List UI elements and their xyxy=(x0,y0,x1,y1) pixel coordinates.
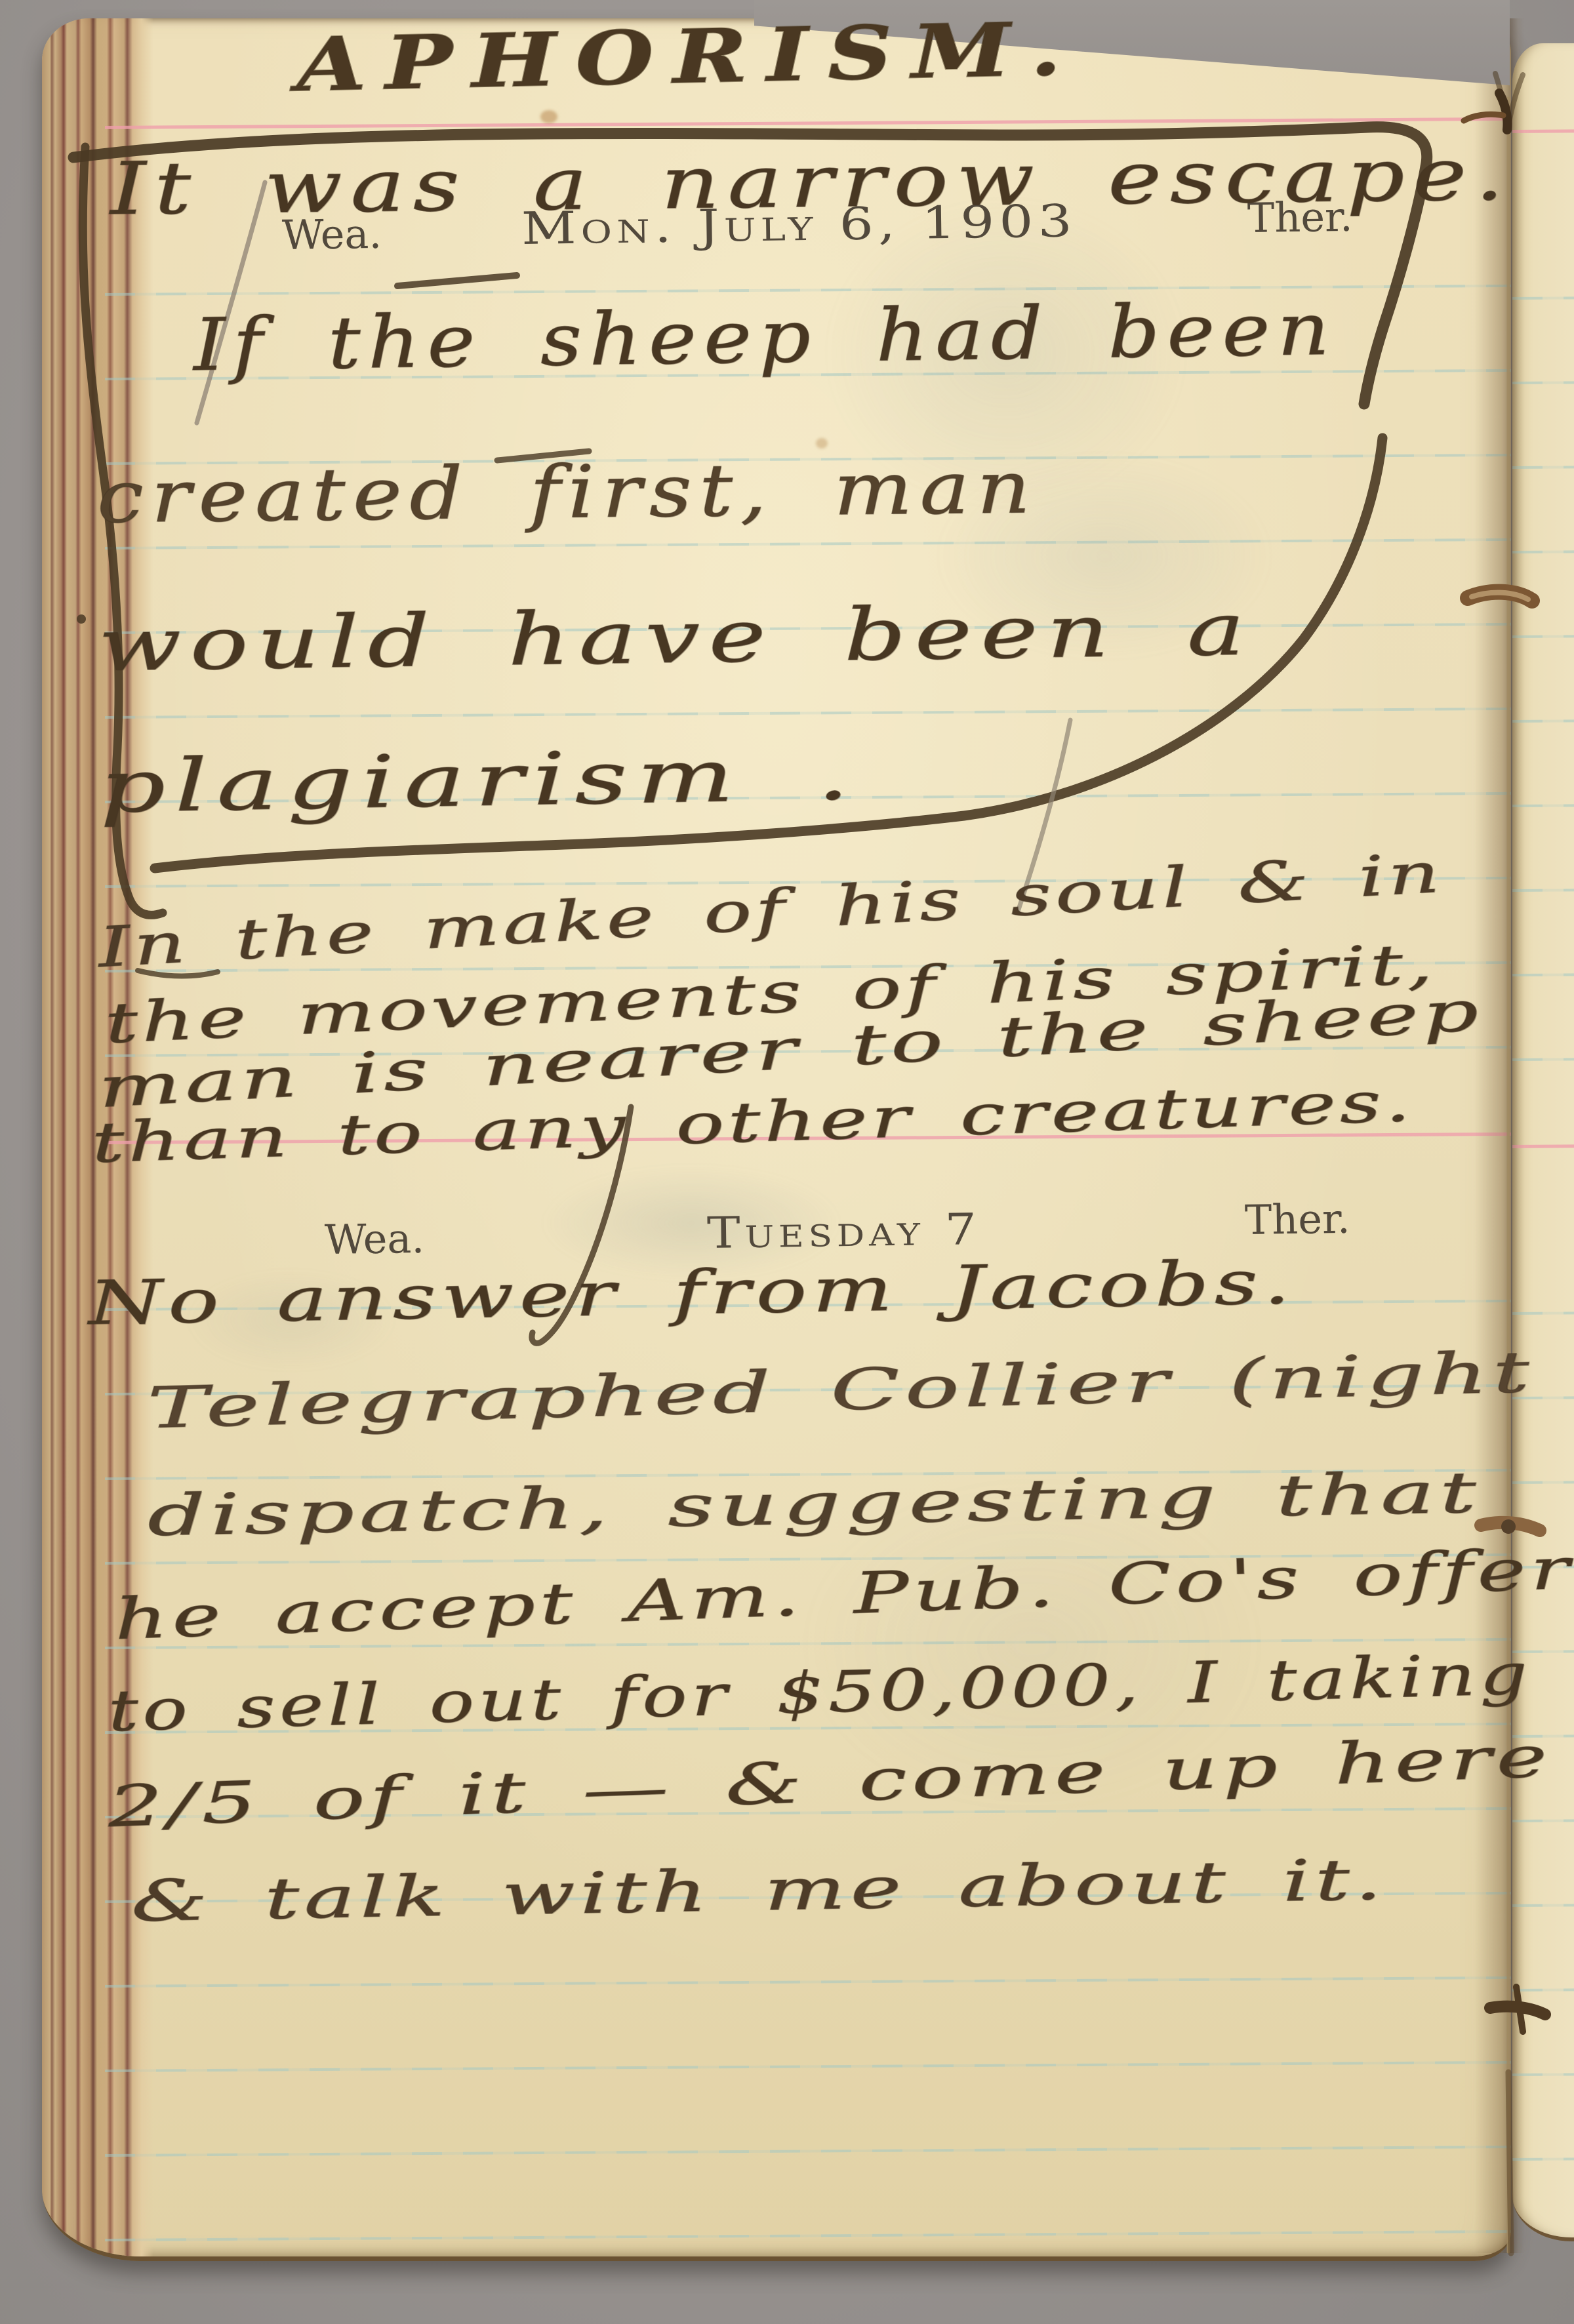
ruled-line-blue xyxy=(1512,1058,1574,1061)
ruled-line-blue xyxy=(105,1976,1511,1988)
handwritten-line: It was a narrow escape. xyxy=(110,132,1512,231)
ruled-line-pink xyxy=(1512,129,1574,133)
ruled-line-blue xyxy=(1512,1819,1574,1822)
scanned-notebook-photo: APHORISM. Wea. Mon. July 6, 1903 Ther. I… xyxy=(0,0,1574,2324)
weather-label-tuesday: Wea. xyxy=(324,1214,424,1264)
ruled-line-blue xyxy=(1512,2073,1574,2076)
ruled-line-blue xyxy=(1512,2157,1574,2161)
ruled-line-blue xyxy=(1512,719,1574,723)
ruled-line-blue xyxy=(1512,1312,1574,1315)
ruled-line-blue xyxy=(1512,889,1574,892)
ruled-line-blue xyxy=(105,2146,1511,2157)
ruled-line-blue xyxy=(1512,381,1574,384)
thermometer-label-tuesday: Ther. xyxy=(1244,1195,1350,1244)
ruled-line-blue xyxy=(1512,1904,1574,1907)
ruled-line-pink xyxy=(105,117,1511,129)
ruled-line-blue xyxy=(1512,973,1574,976)
ruled-line-blue xyxy=(1512,466,1574,469)
handwritten-line: would have been a xyxy=(98,587,1254,687)
page-title-handwritten: APHORISM. xyxy=(296,6,1081,108)
date-heading-tuesday: Tuesday 7 xyxy=(706,1204,981,1258)
ruled-line-blue xyxy=(105,2061,1511,2072)
handwritten-line: created first, man xyxy=(96,445,1038,539)
ruled-line-blue xyxy=(105,708,1511,719)
ruled-line-blue xyxy=(105,2230,1511,2241)
ruled-line-blue xyxy=(1512,635,1574,638)
ruled-line-pink xyxy=(1512,1144,1574,1148)
facing-page-edge xyxy=(1512,43,1574,2241)
ruled-line-blue xyxy=(1512,1481,1574,1484)
handwritten-line: If the sheep had been xyxy=(193,287,1337,387)
ruled-line-blue xyxy=(1512,296,1574,300)
ruled-line-blue xyxy=(1512,1988,1574,1992)
foxing-spot xyxy=(540,110,557,123)
ruled-line-blue xyxy=(1512,804,1574,807)
handwritten-line: plagiarism . xyxy=(99,732,859,829)
ruled-line-blue xyxy=(1512,550,1574,553)
ruled-line-blue xyxy=(105,538,1511,550)
